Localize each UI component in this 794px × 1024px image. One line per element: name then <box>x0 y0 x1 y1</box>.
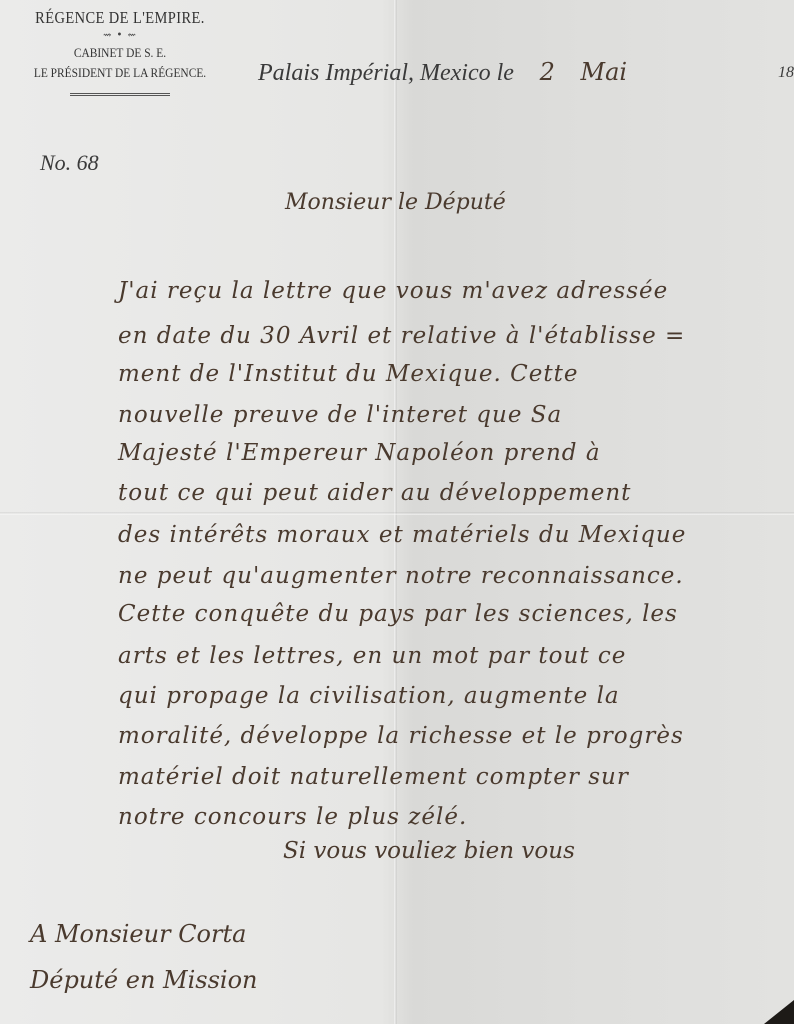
letterhead: RÉGENCE DE L'EMPIRE. ⇝ • ⇜ CABINET DE S.… <box>0 0 240 96</box>
ornament-divider-icon: ⇝ • ⇜ <box>0 30 240 41</box>
body-line: tout ce qui peut aider au développement <box>118 480 631 506</box>
body-line: moralité, développe la richesse et le pr… <box>118 723 684 749</box>
letterhead-cabinet: CABINET DE S. E. <box>14 43 225 63</box>
body-line: ne peut qu'augmenter notre reconnaissanc… <box>118 563 684 589</box>
page-corner-shadow <box>764 1000 794 1024</box>
dateline-month: Mai <box>581 58 628 86</box>
body-line: arts et les lettres, en un mot par tout … <box>118 643 626 669</box>
letterhead-president: LE PRÉSIDENT DE LA RÉGENCE. <box>14 63 225 83</box>
body-line: qui propage la civilisation, augmente la <box>118 683 620 709</box>
closing-line: Si vous vouliez bien vous <box>283 838 575 864</box>
letterhead-title: RÉGENCE DE L'EMPIRE. <box>18 8 222 28</box>
dateline-day: 2 <box>540 58 555 86</box>
body-line: en date du 30 Avril et relative à l'étab… <box>118 323 685 349</box>
body-line: nouvelle preuve de l'interet que Sa <box>118 402 562 428</box>
addressee-name: A Monsieur Corta <box>30 920 246 948</box>
letter-page: RÉGENCE DE L'EMPIRE. ⇝ • ⇜ CABINET DE S.… <box>0 0 794 1024</box>
dateline-place: Palais Impérial, Mexico le <box>258 60 514 86</box>
letterhead-rule <box>70 93 170 96</box>
reference-number: No. 68 <box>40 150 99 176</box>
body-line: Majesté l'Empereur Napoléon prend à <box>118 440 601 466</box>
body-line: matériel doit naturellement compter sur <box>118 764 629 790</box>
body-line: J'ai reçu la lettre que vous m'avez adre… <box>118 278 668 304</box>
dateline-year: 1864. <box>778 64 794 82</box>
horizontal-fold-crease <box>0 512 794 515</box>
body-line: Cette conquête du pays par les sciences,… <box>118 601 678 627</box>
salutation: Monsieur le Député <box>285 190 506 215</box>
body-line: ment de l'Institut du Mexique. Cette <box>118 361 578 387</box>
dateline: Palais Impérial, Mexico le 2 Mai 1864. <box>258 58 627 87</box>
addressee-title: Député en Mission <box>30 966 258 994</box>
body-line: des intérêts moraux et matériels du Mexi… <box>118 522 686 548</box>
body-line: notre concours le plus zélé. <box>118 804 467 830</box>
